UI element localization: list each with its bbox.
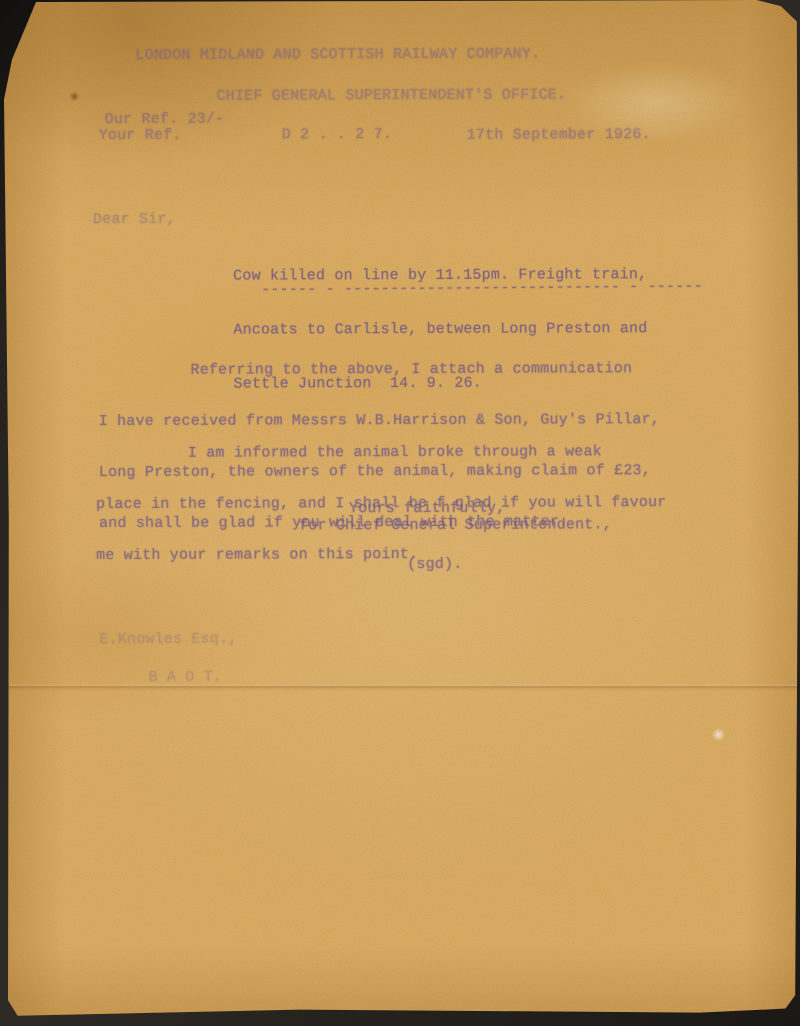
file-ref: D 2 . . 2 7. (282, 126, 392, 143)
paragraph-line: me with your remarks on this point. (96, 545, 667, 564)
paragraph-line: I am informed the animal broke through a… (96, 443, 667, 462)
addressee-office-initials: B A O T. (149, 669, 223, 686)
letter-page: LONDON MIDLAND AND SCOTTISH RAILWAY COMP… (0, 0, 800, 1026)
typewritten-text-layer: LONDON MIDLAND AND SCOTTISH RAILWAY COMP… (0, 0, 800, 1026)
office-name: CHIEF GENERAL SUPERINTENDENT'S OFFICE. (217, 86, 567, 104)
our-ref: Our Ref. 23/- (105, 111, 225, 128)
signed-mark: (sgd). (407, 556, 462, 573)
paragraph-line: Referring to the above, I attach a commu… (98, 360, 659, 379)
company-name: LONDON MIDLAND AND SCOTTISH RAILWAY COMP… (135, 46, 540, 64)
addressee-name: E.Knowles Esq., (99, 631, 237, 648)
subject-underline: ------ - ------------------------------ … (261, 278, 703, 298)
closing-valediction: Yours faithfully, (349, 500, 505, 518)
salutation: Dear Sir, (93, 211, 176, 228)
closing-signatory: for Chief General Superintendent., (299, 516, 612, 534)
letter-date: 17th September 1926. (467, 126, 651, 144)
your-ref: Your Ref. (99, 127, 182, 144)
